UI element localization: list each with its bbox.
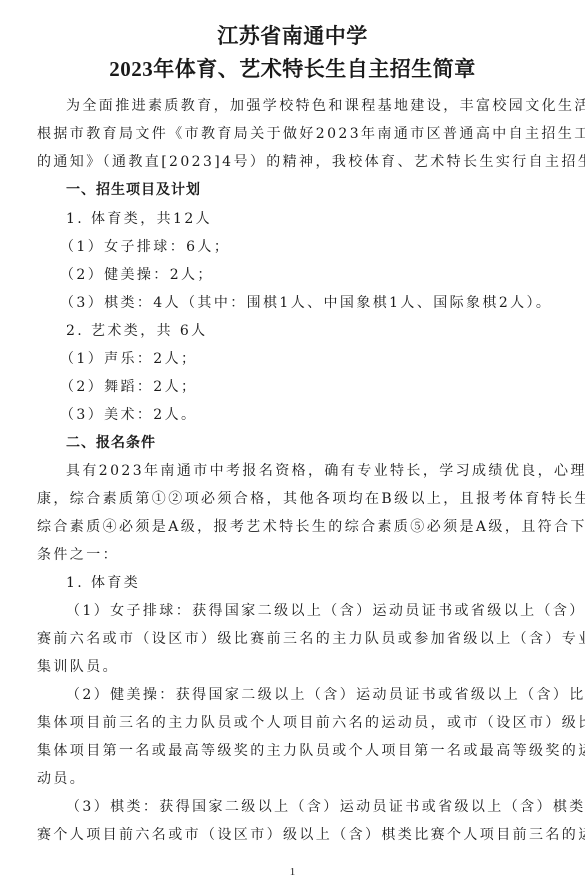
paragraph-line: （2）健美操：获得国家二级以上（含）运动员证书或省级以上（含）比赛 [66, 685, 535, 705]
list-item: 2. 艺术类，共 6人 [66, 321, 564, 341]
paragraph-line: （3）棋类：获得国家二级以上（含）运动员证书或省级以上（含）棋类比 [66, 797, 535, 817]
list-item: 1. 体育类，共12人 [66, 209, 564, 229]
list-item: （1）女子排球：6人； [60, 237, 558, 257]
list-item: （2）舞蹈：2人； [60, 377, 558, 397]
intro-line-3: 的通知》（通教直[2023]4号）的精神，我校体育、艺术特长生实行自主招生。 [37, 152, 535, 172]
intro-line-2: 根据市教育局文件《市教育局关于做好2023年南通市区普通高中自主招生工作 [37, 124, 535, 144]
page-number: 1 [0, 866, 585, 878]
paragraph-line: 条件之一： [37, 545, 535, 565]
list-item: （3）美术：2人。 [60, 405, 558, 425]
document-title: 2023年体育、艺术特长生自主招生简章 [0, 53, 585, 83]
paragraph-line: 赛前六名或市（设区市）级比赛前三名的主力队员或参加省级以上（含）专业队 [37, 629, 535, 649]
subsection-heading: 1. 体育类 [66, 573, 564, 593]
school-title: 江苏省南通中学 [0, 20, 585, 50]
paragraph-line: 综合素质④必须是A级，报考艺术特长生的综合素质⑤必须是A级，且符合下列 [37, 517, 535, 537]
paragraph-line: （1）女子排球：获得国家二级以上（含）运动员证书或省级以上（含）比 [66, 601, 535, 621]
list-item: （2）健美操：2人； [60, 265, 558, 285]
section-heading-2: 二、报名条件 [66, 433, 564, 453]
paragraph-line: 康，综合素质第①②项必须合格，其他各项均在B级以上，且报考体育特长生的 [37, 489, 535, 509]
paragraph-line: 动员。 [37, 769, 535, 789]
paragraph-line: 具有2023年南通市中考报名资格，确有专业特长，学习成绩优良，心理健 [66, 461, 535, 481]
list-item: （1）声乐：2人； [60, 349, 558, 369]
paragraph-line: 集体项目前三名的主力队员或个人项目前六名的运动员，或市（设区市）级比赛 [37, 713, 535, 733]
paragraph-line: 集训队员。 [37, 657, 535, 677]
paragraph-line: 赛个人项目前六名或市（设区市）级以上（含）棋类比赛个人项目前三名的运动 [37, 825, 535, 845]
list-item: （3）棋类：4人（其中：围棋1人、中国象棋1人、国际象棋2人）。 [60, 293, 558, 313]
paragraph-line: 集体项目第一名或最高等级奖的主力队员或个人项目第一名或最高等级奖的运 [37, 741, 535, 761]
section-heading-1: 一、招生项目及计划 [66, 180, 564, 200]
intro-line-1: 为全面推进素质教育，加强学校特色和课程基地建设，丰富校园文化生活， [66, 96, 535, 116]
